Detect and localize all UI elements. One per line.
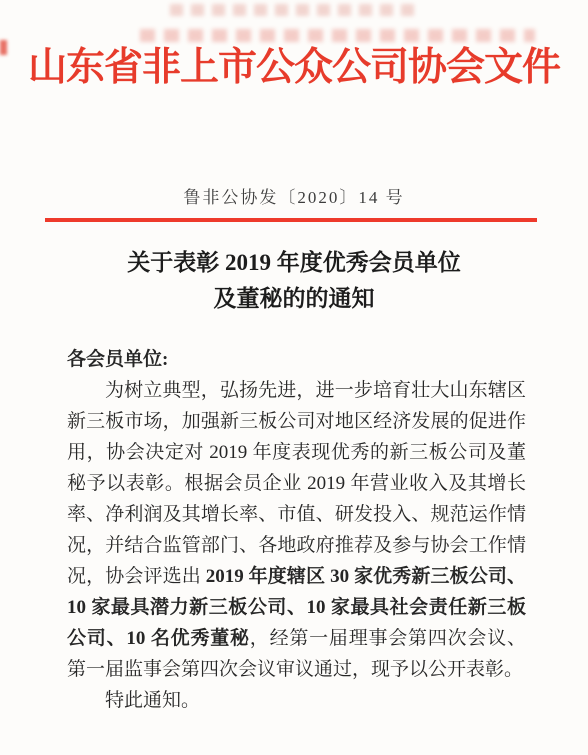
scanned-document-page: 山东省非上市公众公司协会文件 鲁非公协发〔2020〕14 号 关于表彰 2019… <box>0 0 588 755</box>
ink-bleed-artifact-row1 <box>170 4 420 16</box>
salutation-line: 各会员单位: <box>67 344 526 375</box>
letterhead-org-title: 山东省非上市公众公司协会文件 <box>0 36 588 92</box>
closing-line: 特此通知。 <box>67 685 526 716</box>
notice-title: 关于表彰 2019 年度优秀会员单位 及董秘的的通知 <box>0 245 588 317</box>
notice-title-line2: 及董秘的的通知 <box>214 286 375 311</box>
main-paragraph: 为树立典型，弘扬先进，进一步培育壮大山东辖区新三板市场，加强新三板公司对地区经济… <box>67 375 526 685</box>
notice-body: 各会员单位: 为树立典型，弘扬先进，进一步培育壮大山东辖区新三板市场，加强新三板… <box>67 344 526 716</box>
text-segment: 为树立典型，弘扬先进，进一步培育壮大山东辖区新三板市场，加强新三板公司对地区经济… <box>67 380 526 587</box>
red-divider-rule <box>45 218 537 222</box>
document-number: 鲁非公协发〔2020〕14 号 <box>0 183 588 208</box>
notice-title-line1: 关于表彰 2019 年度优秀会员单位 <box>127 250 461 275</box>
